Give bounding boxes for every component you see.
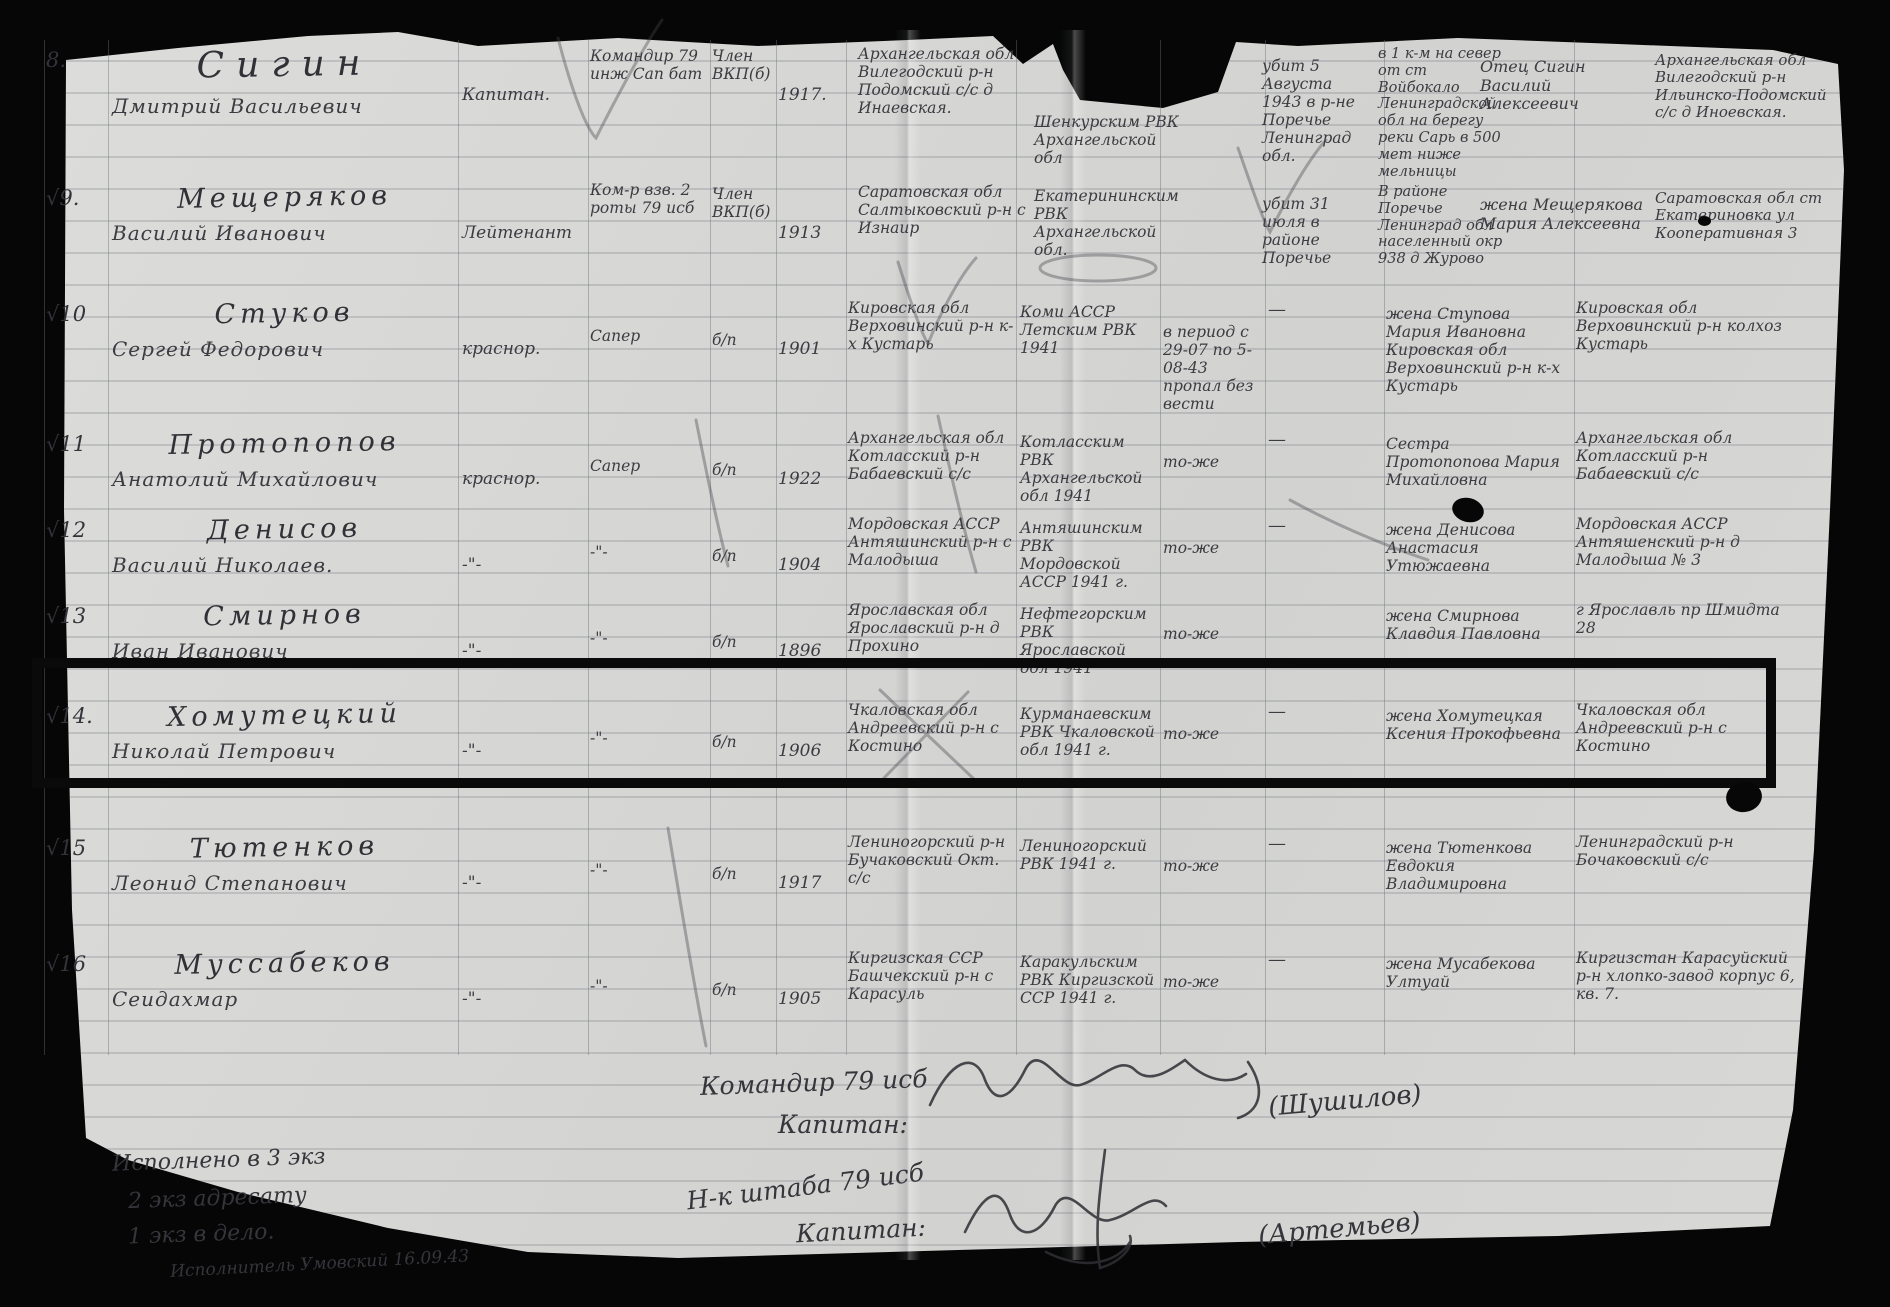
name-block: Мещеряков Василий Иванович — [112, 182, 457, 246]
burial-place: — — [1268, 430, 1382, 451]
commander-rank: Капитан: — [778, 1110, 908, 1139]
copies-note-line: 1 экз в дело. — [128, 1219, 275, 1249]
executor-note: Исполнитель Умовский 16.09.43 — [170, 1246, 470, 1282]
relatives-address: Архангельская обл Котласский р-н Бабаевс… — [1576, 430, 1804, 484]
party-status: б/п — [712, 548, 774, 566]
duty-position: Командир 79 инж Сап бат — [590, 48, 708, 84]
burial-place: — — [1268, 950, 1382, 971]
surname: Мещеряков — [112, 179, 457, 216]
row-number: √12 — [46, 518, 108, 542]
recruitment-office: Коми АССР Летским РВК 1941 — [1020, 304, 1158, 358]
recruitment-office: Каракульским РВК Киргизской ССР 1941 г. — [1020, 954, 1158, 1008]
relatives: жена Смирнова Клавдия Павловна — [1386, 608, 1568, 644]
casualty-info: убит 5 Августа 1943 в р-не Поречье Ленин… — [1262, 58, 1370, 166]
surname: Стуков — [112, 295, 457, 332]
birthplace: Кировская обл Верховинский р-н к-х Куста… — [848, 300, 1016, 354]
relatives-address: Ленинградский р-н Бочаковский с/с — [1576, 834, 1804, 870]
recruitment-office: Котласским РВК Архангельской обл 1941 — [1020, 434, 1158, 506]
highlight-rectangle — [32, 658, 1776, 788]
birth-year: 1917. — [778, 86, 844, 106]
casualty-info: то-же — [1163, 540, 1263, 558]
birthplace: Мордовская АССР Антяшинский р-н с Малоды… — [848, 516, 1016, 570]
relatives-address: Мордовская АССР Антяшенский р-н д Малоды… — [1576, 516, 1804, 570]
row-number: √16 — [46, 952, 108, 976]
burial-place: — — [1268, 834, 1382, 855]
table-row: √16 Муссабеков Сеидахмар -"- -"- б/п 190… — [0, 948, 1890, 1088]
full-name: Василий Иванович — [112, 222, 457, 245]
birth-year: 1917 — [778, 874, 844, 894]
rank: краснор. — [462, 340, 588, 360]
duty-position: Ком-р взв. 2 роты 79 исб — [590, 182, 708, 218]
party-status: Член ВКП(б) — [712, 186, 774, 222]
recruitment-office: Лениногорский РВК 1941 г. — [1020, 838, 1158, 874]
birth-year: 1905 — [778, 990, 844, 1010]
party-status: б/п — [712, 866, 774, 884]
row-number: √13 — [46, 604, 108, 628]
relatives: жена Мещерякова Мария Алексеевна — [1480, 196, 1652, 233]
table-row: 8. Сигин Дмитрий Васильевич Капитан. Ком… — [0, 44, 1890, 184]
casualty-info: убит 31 июля в районе Поречье — [1262, 196, 1370, 268]
relatives: жена Тютенкова Евдокия Владимировна — [1386, 840, 1568, 894]
party-status: б/п — [712, 982, 774, 1000]
birthplace: Архангельская обл Вилегодский р-н Подомс… — [858, 46, 1026, 118]
party-status: б/п — [712, 332, 774, 350]
casualty-info: то-же — [1163, 858, 1263, 876]
row-number: √9. — [46, 186, 108, 210]
row-number: √15 — [46, 836, 108, 860]
relatives: жена Ступова Мария Ивановна Кировская об… — [1386, 306, 1568, 396]
rank: -"- — [462, 556, 588, 576]
full-name: Дмитрий Васильевич — [112, 95, 457, 118]
relatives-address: Кировская обл Верховинский р-н колхоз Ку… — [1576, 300, 1804, 354]
full-name: Василий Николаев. — [112, 554, 457, 577]
casualty-info: то-же — [1163, 626, 1263, 644]
surname: Смирнов — [112, 597, 457, 634]
duty-position: Сапер — [590, 328, 708, 346]
burial-place: — — [1268, 516, 1382, 537]
name-block: Денисов Василий Николаев. — [112, 514, 457, 578]
casualty-info: то-же — [1163, 454, 1263, 472]
copies-note-line: 2 экз адресату — [128, 1183, 307, 1214]
duty-position: -"- — [590, 630, 708, 648]
party-status: Член ВКП(б) — [712, 48, 774, 84]
rank: Капитан. — [462, 86, 588, 106]
birth-year: 1904 — [778, 556, 844, 576]
birthplace: Лениногорский р-н Бучаковский Окт. с/с — [848, 834, 1016, 888]
name-block: Смирнов Иван Иванович — [112, 600, 457, 664]
full-name: Сергей Федорович — [112, 338, 457, 361]
recruitment-office: Антяшинским РВК Мордовской АССР 1941 г. — [1020, 520, 1158, 592]
surname: Денисов — [112, 511, 457, 548]
rank: краснор. — [462, 470, 588, 490]
birthplace: Киргизская ССР Башчекский р-н с Карасуль — [848, 950, 1016, 1004]
casualty-info: в период с 29-07 по 5-08-43 пропал без в… — [1163, 324, 1263, 414]
full-name: Леонид Степанович — [112, 872, 457, 895]
casualty-info: то-же — [1163, 974, 1263, 992]
name-block: Протопопов Анатолий Михайлович — [112, 428, 457, 492]
duty-position: -"- — [590, 862, 708, 880]
relatives-address: Киргизстан Карасуйский р-н хлопко-завод … — [1576, 950, 1804, 1004]
birthplace: Архангельская обл Котласский р-н Бабаевс… — [848, 430, 1016, 484]
relatives-address: г Ярославль пр Шмидта 28 — [1576, 602, 1804, 638]
name-block: Муссабеков Сеидахмар — [112, 948, 457, 1012]
burial-place: — — [1268, 300, 1382, 321]
row-number: 8. — [46, 48, 108, 72]
birthplace: Ярославская обл Ярославский р-н д Прохин… — [848, 602, 1016, 656]
birth-year: 1901 — [778, 340, 844, 360]
birth-year: 1913 — [778, 224, 844, 244]
row-number: √10 — [46, 302, 108, 326]
full-name: Анатолий Михайлович — [112, 468, 457, 491]
rank: -"- — [462, 874, 588, 894]
name-block: Тютенков Леонид Степанович — [112, 832, 457, 896]
birthplace: Саратовская обл Салтыковский р-н с Изнаи… — [858, 184, 1026, 238]
surname: Протопопов — [112, 425, 457, 462]
full-name: Сеидахмар — [112, 988, 457, 1011]
name-block: Сигин Дмитрий Васильевич — [112, 44, 457, 118]
relatives: жена Мусабекова Ултуай — [1386, 956, 1568, 992]
duty-position: Сапер — [590, 458, 708, 476]
paper-hole — [1698, 216, 1711, 226]
surname: Тютенков — [112, 829, 457, 866]
surname: Сигин — [112, 41, 458, 89]
duty-position: -"- — [590, 978, 708, 996]
birth-year: 1922 — [778, 470, 844, 490]
rank: Лейтенант — [462, 224, 588, 244]
recruitment-office: Шенкурским РВК Архангельской обл — [1034, 114, 1184, 168]
relatives-address: Архангельская обл Вилегодский р-н Ильинс… — [1655, 52, 1835, 122]
row-number: √11 — [46, 432, 108, 456]
relatives: Отец Сигин Василий Алексеевич — [1480, 58, 1652, 114]
duty-position: -"- — [590, 544, 708, 562]
relatives: Сестра Протопопова Мария Михайловна — [1386, 436, 1568, 490]
relatives: жена Денисова Анастасия Утюжаевна — [1386, 522, 1568, 576]
relatives-address: Саратовская обл ст Екатериновка ул Коопе… — [1655, 190, 1835, 242]
surname: Муссабеков — [112, 945, 457, 982]
recruitment-office: Екатерининским РВК Архангельской обл. — [1034, 188, 1184, 260]
party-status: б/п — [712, 462, 774, 480]
party-status: б/п — [712, 634, 774, 652]
rank: -"- — [462, 990, 588, 1010]
table-row: √10 Стуков Сергей Федорович краснор. Сап… — [0, 298, 1890, 438]
name-block: Стуков Сергей Федорович — [112, 298, 457, 362]
